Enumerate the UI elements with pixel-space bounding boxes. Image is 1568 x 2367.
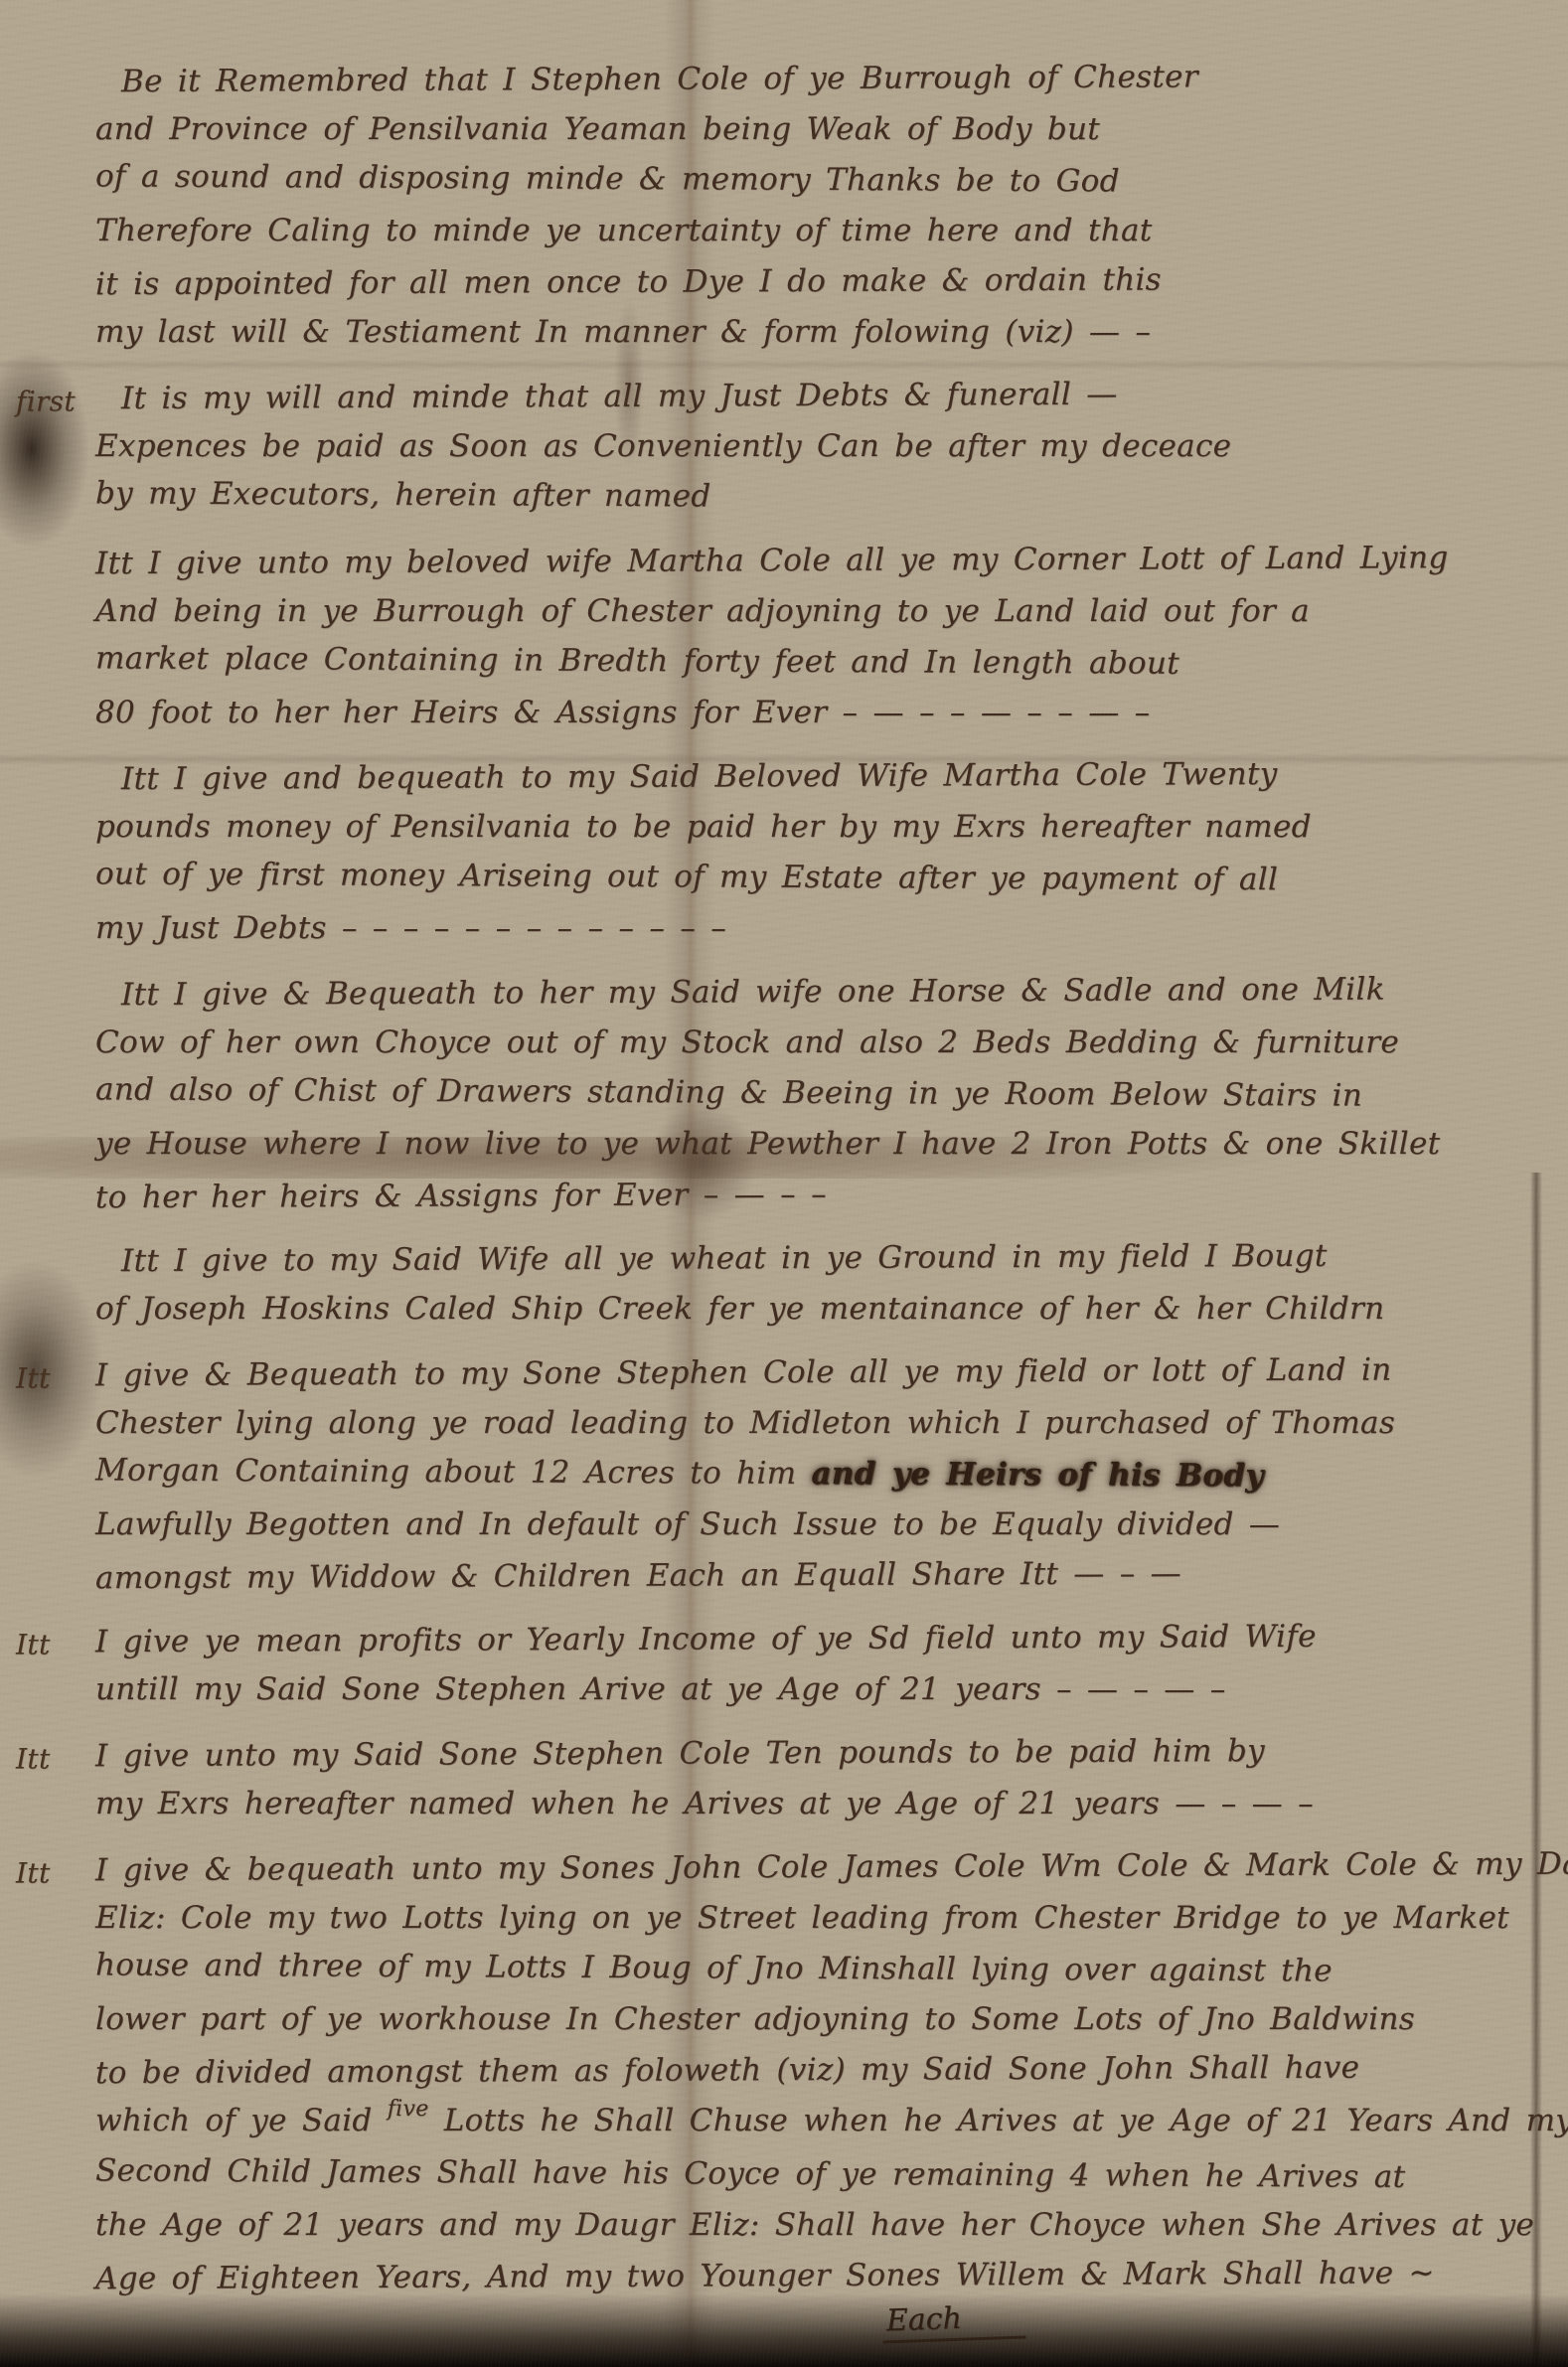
line-text: Lawfully Begotten and In default of Such… (95, 1506, 1280, 1542)
manuscript-line: lower part of ye workhouse In Chester ad… (95, 1994, 1550, 2045)
margin-annotation: Itt (16, 1733, 51, 1784)
line-text: Morgan Containing about 12 Acres to him (95, 1452, 812, 1492)
line-text: untill my Said Sone Stephen Arive at ye … (95, 1671, 1226, 1707)
line-text: out of ye first money Ariseing out of my… (95, 856, 1278, 897)
line-text: and Province of Pensilvania Yeaman being… (95, 111, 1100, 147)
manuscript-line: house and three of my Lotts I Boug of Jn… (95, 1940, 1550, 1997)
manuscript-photo: Be it Remembred that I Stephen Cole of y… (0, 0, 1568, 2367)
line-text: and also of Chist of Drawers standing & … (95, 1071, 1362, 1113)
manuscript-line: IttI give & Bequeath to my Sone Stephen … (95, 1344, 1550, 1401)
manuscript-line: IttI give unto my Said Sone Stephen Cole… (95, 1725, 1550, 1782)
line-text: of a sound and disposing minde & memory … (95, 158, 1120, 199)
line-text: pounds money of Pensilvania to be paid h… (95, 809, 1312, 845)
line-text: Be it Remembred that I Stephen Cole of y… (121, 59, 1198, 99)
manuscript-line: Cow of her own Choyce out of my Stock an… (95, 1018, 1550, 1068)
manuscript-line: Expences be paid as Soon as Conveniently… (95, 421, 1550, 472)
manuscript-line: Eliz: Cole my two Lotts lying on ye Stre… (95, 1893, 1550, 1944)
manuscript-line: untill my Said Sone Stephen Arive at ye … (95, 1664, 1550, 1715)
manuscript-paragraph: Be it Remembred that I Stephen Cole of y… (95, 54, 1550, 358)
line-text: Age of Eighteen Years, And my two Younge… (95, 2255, 1435, 2296)
manuscript: Be it Remembred that I Stephen Cole of y… (95, 54, 1550, 2301)
line-text: It is my will and minde that all my Just… (121, 377, 1118, 416)
manuscript-paragraph: IttI give & bequeath unto my Sones John … (95, 1842, 1550, 2301)
manuscript-line: to be divided amongst them as foloweth (… (95, 2042, 1550, 2099)
line-text: I give unto my Said Sone Stephen Cole Te… (95, 1733, 1265, 1774)
line-text: Therefore Caling to minde ye uncertainty… (95, 213, 1153, 248)
manuscript-paragraph: IttI give & Bequeath to my Sone Stephen … (95, 1347, 1550, 1601)
manuscript-line: Be it Remembred that I Stephen Cole of y… (95, 51, 1550, 107)
manuscript-line: IttI give ye mean profits or Yearly Inco… (95, 1611, 1550, 1667)
line-text: my Exrs hereafter named when he Arives a… (95, 1786, 1314, 1821)
manuscript-line: Chester lying along ye road leading to M… (95, 1398, 1550, 1449)
line-text: I give & Bequeath to my Sone Stephen Col… (95, 1352, 1392, 1394)
manuscript-line: to her her heirs & Assigns for Ever – — … (95, 1167, 1550, 1223)
line-text: to be divided amongst them as foloweth (… (95, 2050, 1359, 2092)
manuscript-line: which of ye Said five Lotts he Shall Chu… (95, 2096, 1550, 2149)
manuscript-paragraph: IttI give unto my Said Sone Stephen Cole… (95, 1728, 1550, 1829)
line-text: Chester lying along ye road leading to M… (95, 1405, 1395, 1441)
manuscript-paragraph: firstIt is my will and minde that all my… (95, 371, 1550, 523)
line-text: which of ye Said (95, 2103, 388, 2138)
manuscript-line: it is appointed for all men once to Dye … (95, 253, 1550, 310)
line-text: market place Containing in Bredth forty … (95, 640, 1179, 681)
manuscript-line: firstIt is my will and minde that all my… (95, 368, 1550, 424)
line-text: Itt I give unto my beloved wife Martha C… (95, 540, 1449, 581)
line-text: amongst my Widdow & Children Each an Equ… (95, 1555, 1181, 1596)
manuscript-line: and also of Chist of Drawers standing & … (95, 1064, 1550, 1122)
margin-annotation: Itt (16, 1619, 51, 1669)
line-text: house and three of my Lotts I Boug of Jn… (95, 1947, 1333, 1988)
line-text: the Age of 21 years and my Daugr Eliz: S… (95, 2207, 1534, 2243)
smudged-text: and ye Heirs of his Body (811, 1456, 1263, 1494)
line-text: lower part of ye workhouse In Chester ad… (95, 2001, 1415, 2037)
line-text: of Joseph Hoskins Caled Ship Creek fer y… (95, 1291, 1384, 1327)
manuscript-line: amongst my Widdow & Children Each an Equ… (95, 1547, 1550, 1604)
manuscript-paragraph: Itt I give to my Said Wife all ye wheat … (95, 1233, 1550, 1335)
line-text: my Just Debts – – – – – – – – – – – – – (95, 910, 726, 946)
manuscript-paragraph: Itt I give unto my beloved wife Martha C… (95, 536, 1550, 738)
manuscript-line: Therefore Caling to minde ye uncertainty… (95, 206, 1550, 256)
manuscript-line: And being in ye Burrough of Chester adjo… (95, 586, 1550, 637)
line-text: it is appointed for all men once to Dye … (95, 262, 1162, 303)
manuscript-line: of a sound and disposing minde & memory … (95, 151, 1550, 209)
inserted-word: five (388, 2084, 429, 2134)
line-text: Eliz: Cole my two Lotts lying on ye Stre… (95, 1900, 1509, 1936)
manuscript-line: Second Child James Shall have his Coyce … (95, 2145, 1550, 2203)
line-text: I give & bequeath unto my Sones John Col… (95, 1845, 1568, 1888)
manuscript-line: the Age of 21 years and my Daugr Eliz: S… (95, 2200, 1550, 2251)
manuscript-paragraph: IttI give ye mean profits or Yearly Inco… (95, 1614, 1550, 1715)
line-text: to her her heirs & Assigns for Ever – — … (95, 1177, 827, 1215)
manuscript-line: Age of Eighteen Years, And my two Younge… (95, 2248, 1550, 2304)
catchword: Each (881, 2299, 1025, 2344)
bottom-edge-shadow (0, 2293, 1568, 2367)
manuscript-line: IttI give & bequeath unto my Sones John … (95, 1839, 1550, 1896)
manuscript-line: out of ye first money Ariseing out of my… (95, 849, 1550, 906)
manuscript-line: market place Containing in Bredth forty … (95, 633, 1550, 691)
manuscript-line: Morgan Containing about 12 Acres to him … (95, 1445, 1550, 1502)
line-text: Itt I give and bequeath to my Said Belov… (121, 756, 1278, 797)
line-text: Second Child James Shall have his Coyce … (95, 2152, 1405, 2194)
line-text: by my Executors, herein after named (95, 475, 711, 514)
manuscript-line: of Joseph Hoskins Caled Ship Creek fer y… (95, 1284, 1550, 1335)
manuscript-line: Itt I give unto my beloved wife Martha C… (95, 533, 1550, 589)
line-text: 80 foot to her her Heirs & Assigns for E… (95, 695, 1150, 730)
margin-annotation: Itt (16, 1352, 51, 1403)
manuscript-line: Itt I give & Bequeath to her my Said wif… (95, 964, 1550, 1021)
line-text: Cow of her own Choyce out of my Stock an… (95, 1025, 1399, 1060)
line-text: I give ye mean profits or Yearly Income … (95, 1619, 1317, 1659)
manuscript-line: my last will & Testiament In manner & fo… (95, 307, 1550, 358)
line-text: Itt I give & Bequeath to her my Said wif… (121, 972, 1385, 1014)
margin-annotation: first (16, 376, 76, 426)
line-text: my last will & Testiament In manner & fo… (95, 314, 1151, 350)
manuscript-line: Itt I give to my Said Wife all ye wheat … (95, 1230, 1550, 1287)
line-text: Lotts he Shall Chuse when he Arives at y… (429, 2103, 1568, 2138)
manuscript-line: ye House where I now live to ye what Pew… (95, 1119, 1550, 1170)
line-text: Expences be paid as Soon as Conveniently… (95, 428, 1231, 464)
manuscript-line: my Exrs hereafter named when he Arives a… (95, 1779, 1550, 1829)
manuscript-line: pounds money of Pensilvania to be paid h… (95, 802, 1550, 853)
manuscript-paragraph: Itt I give & Bequeath to her my Said wif… (95, 967, 1550, 1220)
margin-annotation: Itt (16, 1847, 51, 1898)
line-text: ye House where I now live to ye what Pew… (95, 1126, 1440, 1162)
manuscript-paragraph: Itt I give and bequeath to my Said Belov… (95, 751, 1550, 954)
manuscript-line: 80 foot to her her Heirs & Assigns for E… (95, 688, 1550, 738)
manuscript-line: Lawfully Begotten and In default of Such… (95, 1499, 1550, 1550)
manuscript-line: Itt I give and bequeath to my Said Belov… (95, 748, 1550, 805)
manuscript-line: my Just Debts – – – – – – – – – – – – – (95, 903, 1550, 954)
manuscript-line: and Province of Pensilvania Yeaman being… (95, 104, 1550, 155)
manuscript-line: by my Executors, herein after named (95, 468, 1550, 526)
line-text: Itt I give to my Said Wife all ye wheat … (121, 1238, 1328, 1279)
line-text: And being in ye Burrough of Chester adjo… (95, 593, 1310, 629)
